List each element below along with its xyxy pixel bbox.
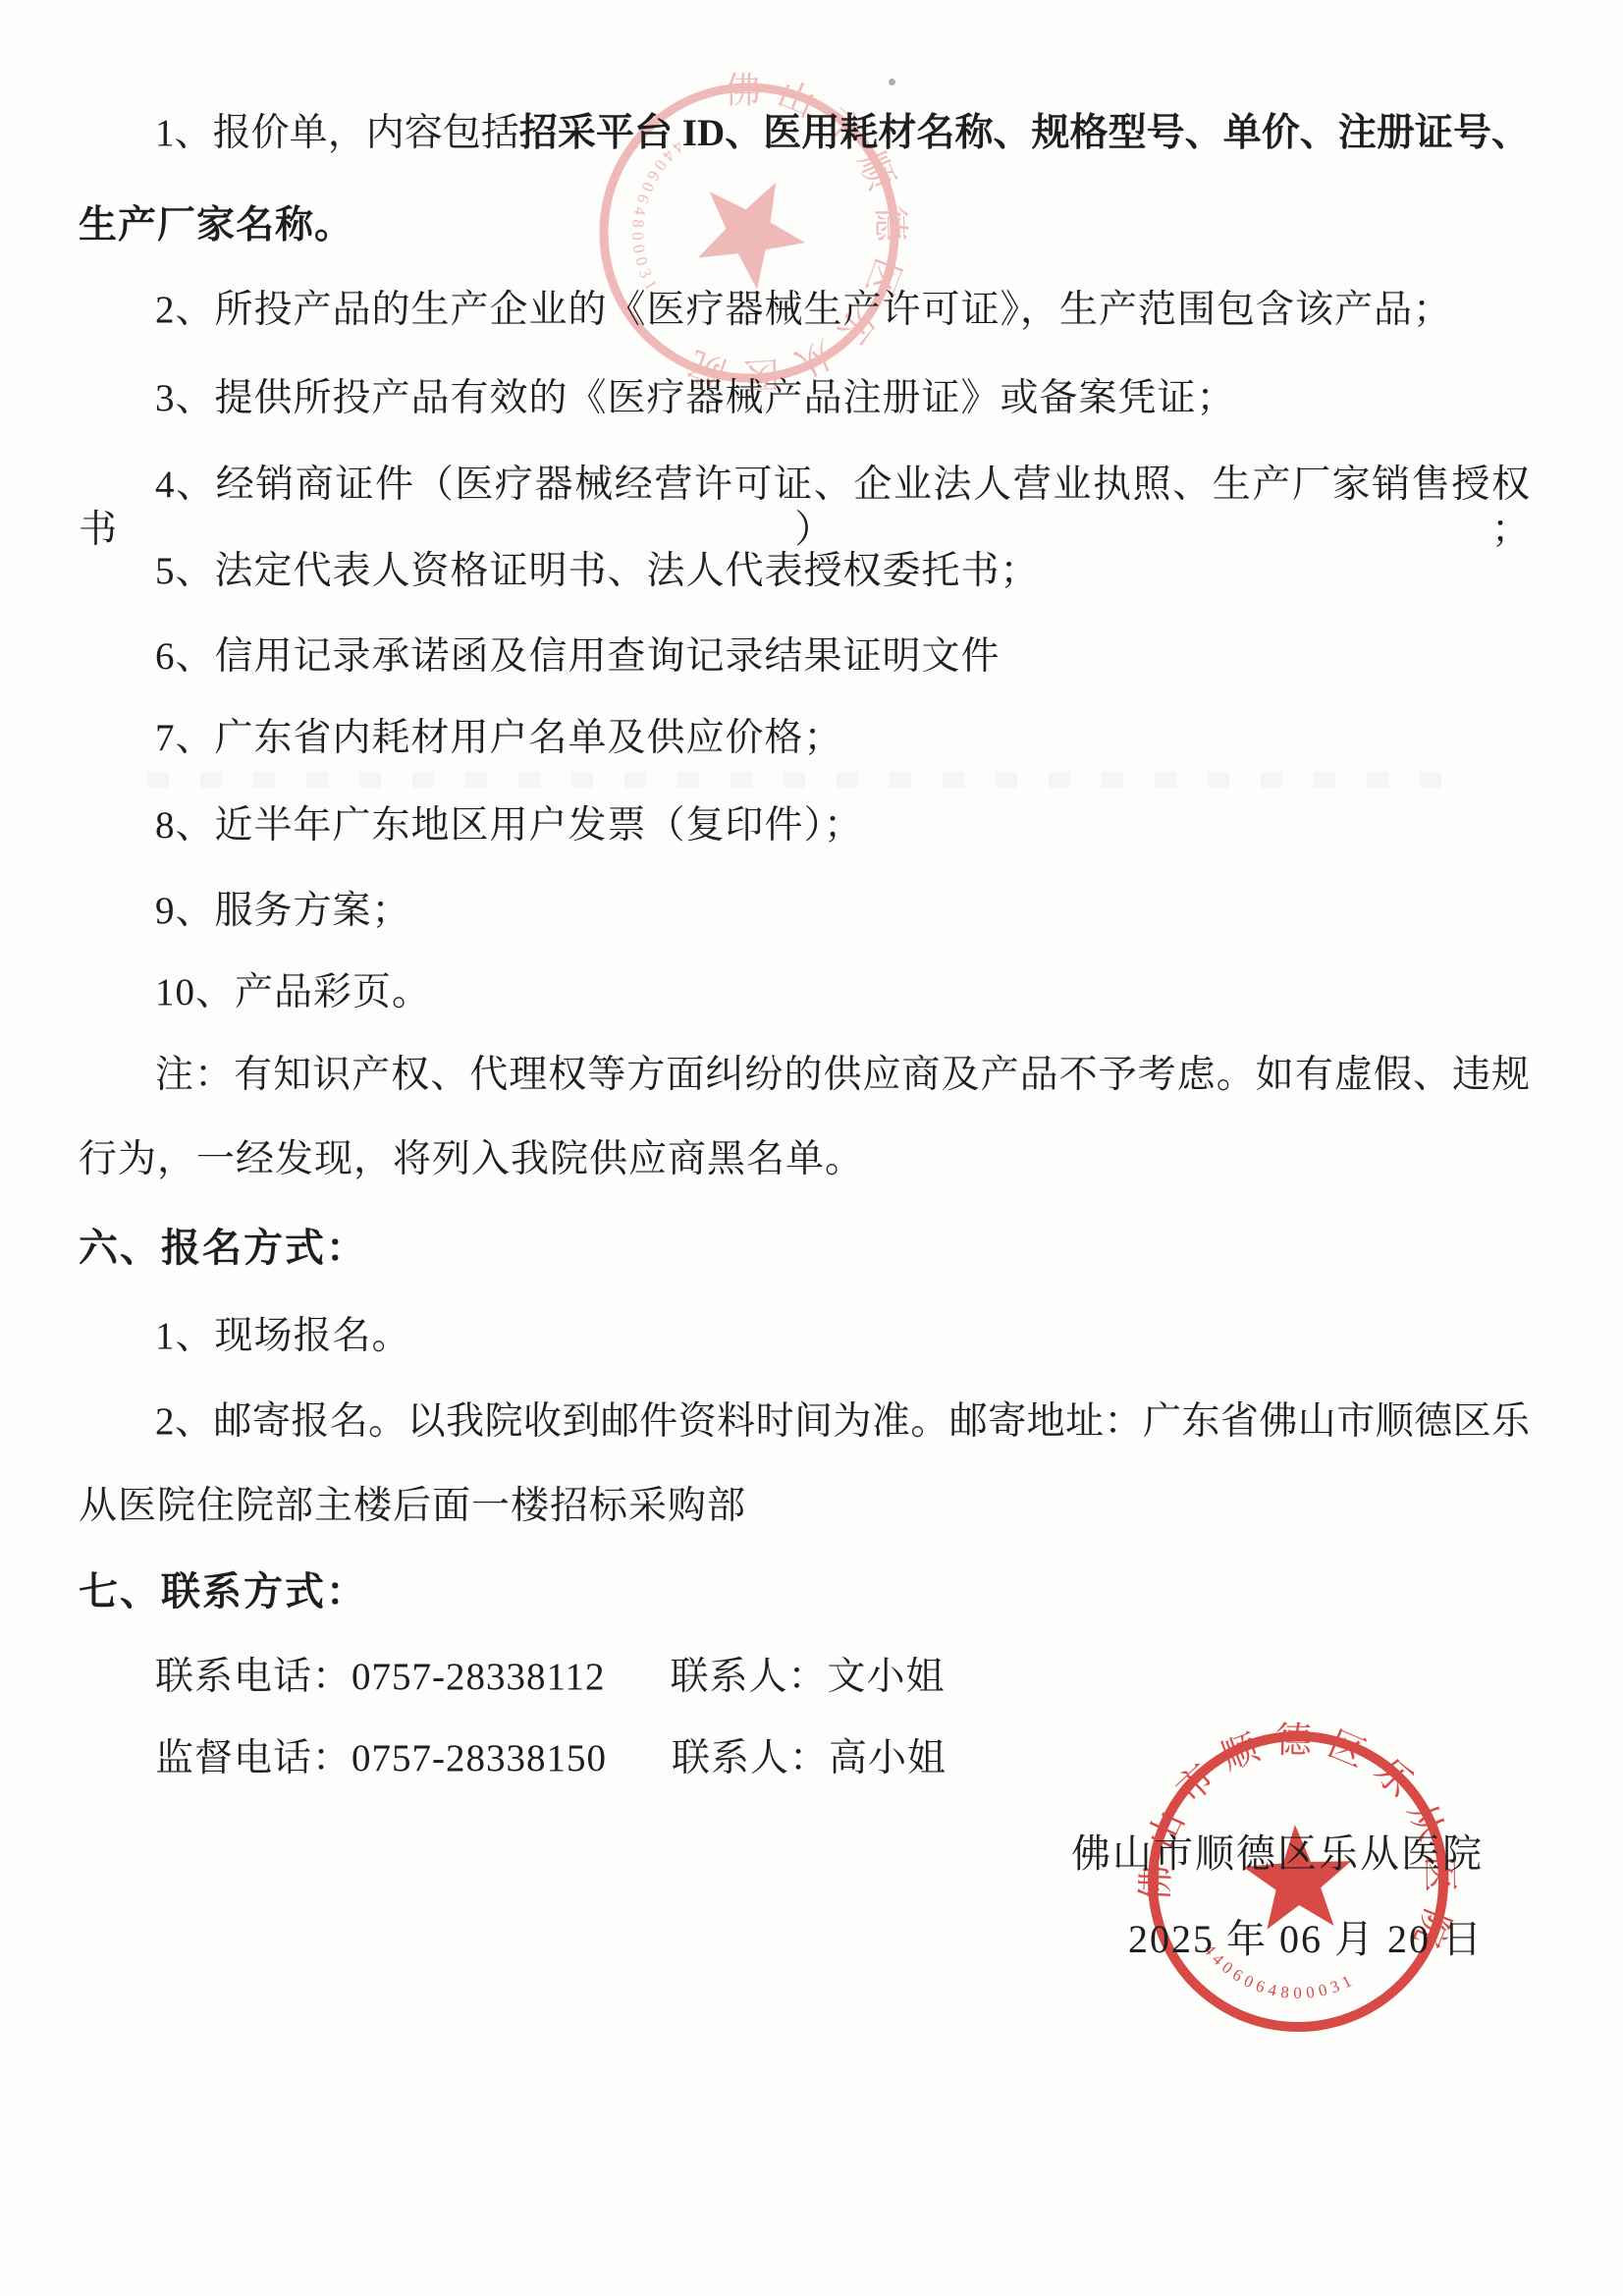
contact-person-2: 联系人：高小姐: [672, 1737, 947, 1779]
note-line-1: 注：有知识产权、代理权等方面纠纷的供应商及产品不予考虑。如有虚假、违规: [79, 1053, 1530, 1098]
hospital-seal-stamp-faint: 佛山市顺德区乐从医院 4406064800031: [556, 39, 943, 426]
paragraph-10: 10、产品彩页。: [155, 970, 431, 1015]
paragraph-6: 6、信用记录承诺函及信用查询记录结果证明文件: [155, 634, 1001, 680]
star-icon: [694, 171, 814, 296]
contact-phone: 联系电话：0757-28338112: [155, 1656, 606, 1698]
signature-date: 2025 年 06 月 20 日: [1128, 1908, 1484, 1964]
paragraph-8: 8、近半年广东地区用户发票（复印件）；: [155, 803, 863, 848]
paragraph-2: 2、所投产品的生产企业的《医疗器械生产许可证》，生产范围包含该产品；: [155, 288, 1452, 333]
supervise-phone: 监督电话：0757-28338150: [155, 1737, 607, 1779]
seal-graphic: 佛山市顺德区乐从医院 4406064800031: [1100, 1683, 1495, 2079]
paragraph-9: 9、服务方案；: [155, 889, 411, 934]
section-6-item-2-line-2: 从医院住院部主楼后面一楼招标采购部: [79, 1484, 746, 1529]
scanned-document-page: 佛山市顺德区乐从医院 4406064800031 1、报价单，内容包括招采平台 …: [0, 0, 1623, 2296]
paragraph-4: 4、经销商证件（医疗器械经营许可证、企业法人营业执照、生产厂家销售授权书）；: [79, 463, 1530, 553]
paragraph-1-line-1: 1、报价单，内容包括招采平台 ID、医用耗材名称、规格型号、单价、注册证号、: [79, 111, 1530, 156]
paragraph-5: 5、法定代表人资格证明书、法人代表授权委托书；: [155, 549, 1040, 594]
paragraph-1-normal-text: 1、报价单，内容包括: [155, 112, 519, 154]
contact-phone-line: 联系电话：0757-28338112联系人：文小姐: [155, 1655, 946, 1700]
seal-ring: [1125, 1709, 1470, 2053]
seal-graphic: 佛山市顺德区乐从医院 4406064800031: [556, 39, 943, 426]
contact-person-1: 联系人：文小姐: [671, 1656, 946, 1698]
section-6-item-1: 1、现场报名。: [155, 1314, 411, 1359]
paragraph-7: 7、广东省内耗材用户名单及供应价格；: [155, 716, 843, 761]
section-6-item-2-line-1: 2、邮寄报名。以我院收到邮件资料时间为准。邮寄地址：广东省佛山市顺德区乐: [79, 1399, 1530, 1445]
paragraph-3: 3、提供所投产品有效的《医疗器械产品注册证》或备案凭证；: [155, 376, 1236, 421]
paragraph-1-bold-text: 招采平台 ID、医用耗材名称、规格型号、单价、注册证号、: [519, 112, 1530, 154]
section-6-title: 六、报名方式：: [79, 1226, 367, 1271]
section-7-title: 七、联系方式：: [79, 1569, 367, 1614]
hospital-seal-stamp: 佛山市顺德区乐从医院 4406064800031: [1100, 1683, 1495, 2079]
note-line-2: 行为，一经发现，将列入我院供应商黑名单。: [79, 1137, 864, 1182]
svg-text:4406064800031: 4406064800031: [617, 132, 690, 300]
supervise-phone-line: 监督电话：0757-28338150联系人：高小姐: [155, 1736, 947, 1781]
scan-speck: [889, 79, 895, 85]
scan-artifact-band: [147, 772, 1443, 788]
seal-serial-number: 4406064800031: [617, 132, 690, 300]
paragraph-1-line-2: 生产厂家名称。: [79, 203, 353, 248]
signature-organization: 佛山市顺德区乐从医院: [1071, 1823, 1484, 1879]
